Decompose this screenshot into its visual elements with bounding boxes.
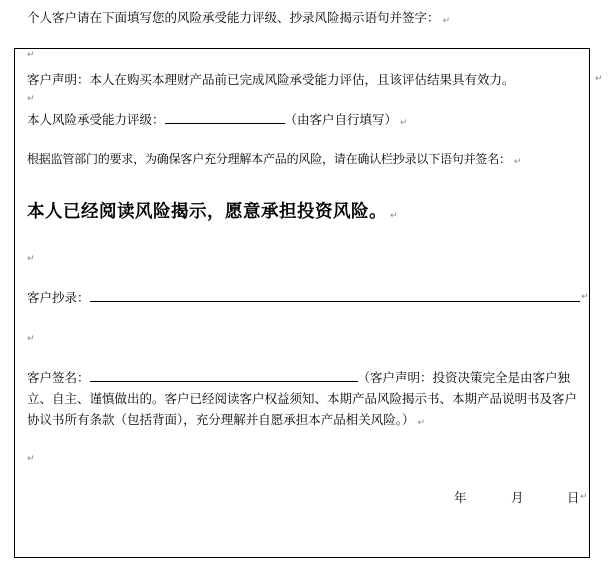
paragraph-mark-icon: ↵ — [595, 74, 603, 84]
paragraph-mark-icon: ↵ — [27, 454, 35, 464]
paragraph-mark-icon: ↵ — [27, 50, 35, 60]
date-month-label: 月 — [511, 488, 524, 506]
risk-rating-field[interactable] — [165, 110, 285, 124]
customer-declaration: 客户声明：本人在购买本理财产品前已完成风险承受能力评估，且该评估结果具有效力。 — [27, 70, 515, 88]
risk-rating-note: （由客户自行填写） — [285, 112, 398, 127]
paragraph-mark-icon: ↵ — [443, 16, 451, 26]
customer-declaration-text: 客户声明：本人在购买本理财产品前已完成风险承受能力评估，且该评估结果具有效力。 — [27, 72, 515, 87]
transcription-label: 客户抄录： — [27, 290, 90, 305]
paragraph-mark-icon: ↵ — [27, 334, 35, 344]
date-year-label: 年 — [454, 488, 467, 506]
paragraph-mark-icon: ↵ — [580, 492, 588, 502]
signature-label: 客户签名： — [27, 370, 90, 385]
signature-block: 客户签名：（客户声明：投资决策完全是由客户独立、自主、谨慎做出的。客户已经阅读客… — [27, 367, 587, 433]
risk-statement-text: 本人已经阅读风险揭示，愿意承担投资风险。 — [27, 202, 387, 222]
paragraph-mark-icon: ↵ — [390, 211, 398, 221]
transcription-field[interactable] — [90, 288, 580, 302]
paragraph-mark-icon: ↵ — [418, 418, 426, 428]
paragraph-mark-icon: ↵ — [581, 292, 589, 302]
instruction-text: 根据监管部门的要求，为确保客户充分理解本产品的风险，请在确认栏抄录以下语句并签名… — [27, 150, 521, 167]
transcription-row: 客户抄录： — [27, 288, 580, 306]
intro-label: 个人客户请在下面填写您的风险承受能力评级、抄录风险揭示语句并签字： — [27, 10, 440, 25]
paragraph-mark-icon: ↵ — [514, 157, 521, 167]
signature-field[interactable] — [90, 368, 358, 382]
paragraph-mark-icon: ↵ — [27, 254, 35, 264]
risk-rating-row: 本人风险承受能力评级：（由客户自行填写）↵ — [27, 110, 408, 128]
risk-rating-label: 本人风险承受能力评级： — [27, 112, 165, 127]
intro-text: 个人客户请在下面填写您的风险承受能力评级、抄录风险揭示语句并签字：↵ — [27, 8, 450, 26]
instruction-label: 根据监管部门的要求，为确保客户充分理解本产品的风险，请在确认栏抄录以下语句并签名… — [27, 152, 511, 166]
paragraph-mark-icon: ↵ — [400, 118, 408, 128]
risk-statement: 本人已经阅读风险揭示，愿意承担投资风险。↵ — [27, 198, 398, 223]
paragraph-mark-icon: ↵ — [27, 94, 35, 104]
date-day-label: 日 — [567, 488, 580, 506]
